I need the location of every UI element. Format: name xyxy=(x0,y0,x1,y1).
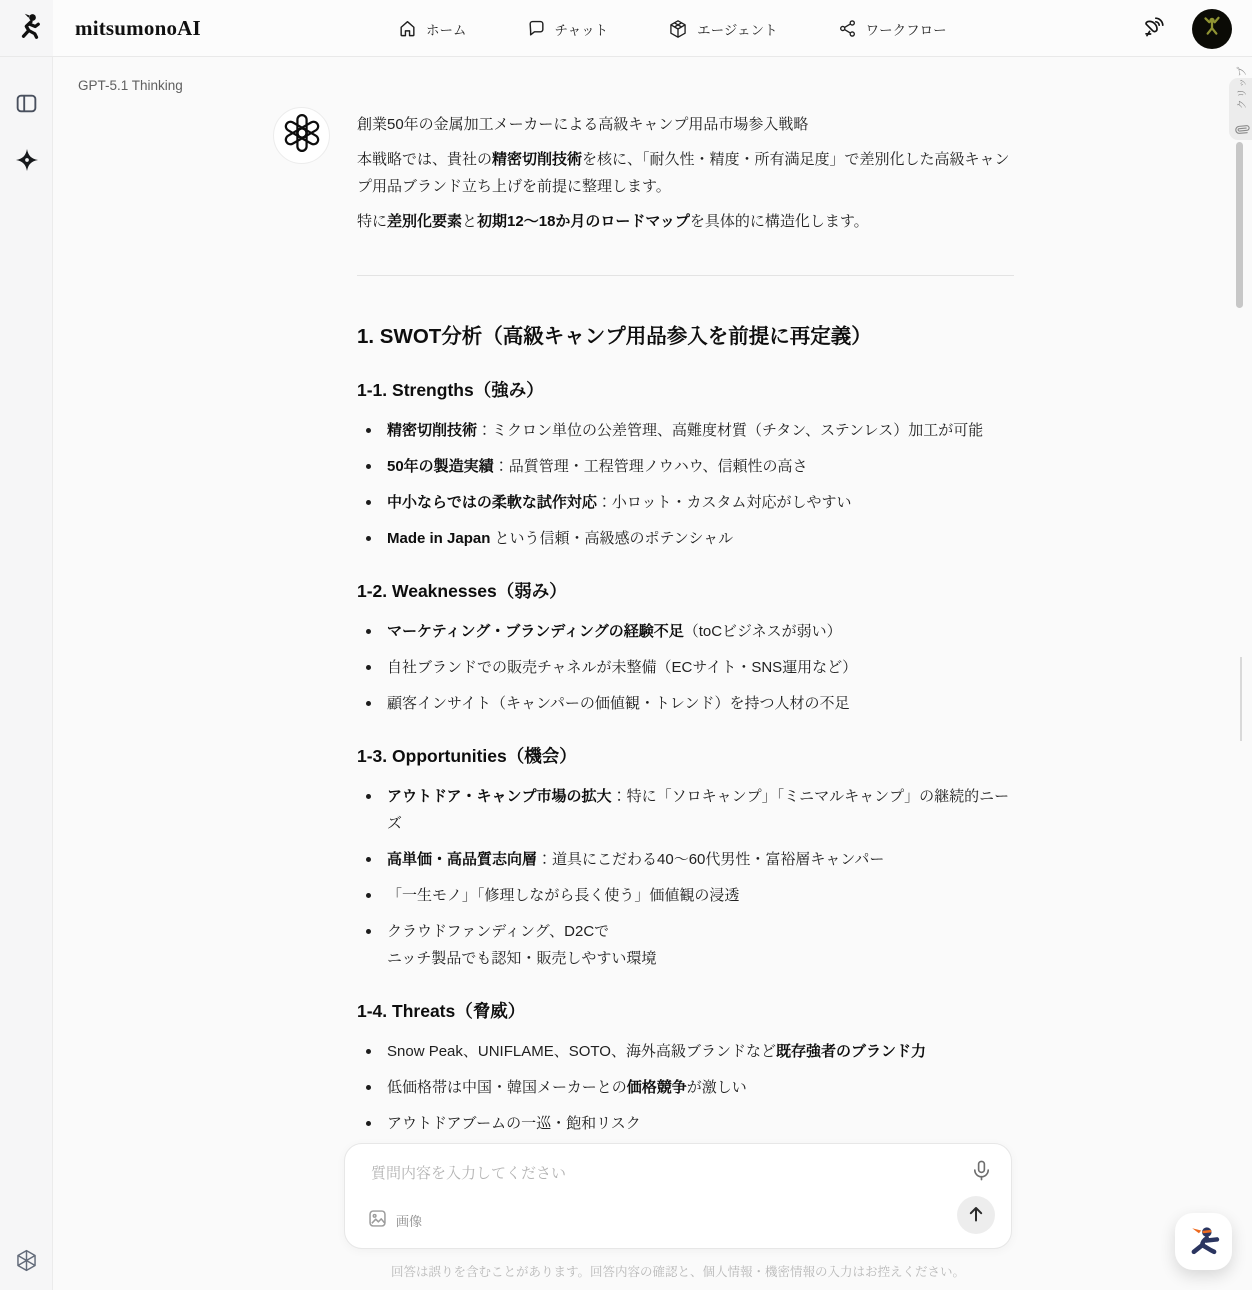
message-paragraph: 本戦略では、貴社の精密切削技術を核に、「耐久性・精度・所有満足度」で差別化した高… xyxy=(357,146,1014,200)
mascot-assistant-button[interactable] xyxy=(1175,1213,1232,1270)
app-root: mitsumonoAI ホーム チャット xyxy=(0,0,1252,1290)
top-nav: ホーム チャット エージェント xyxy=(398,0,947,57)
satellite-icon xyxy=(1142,15,1166,42)
disclaimer-text: 回答は誤りを含むことがあります。回答内容の確認と、個人情報・機密情報の入力はお控… xyxy=(344,1262,1012,1280)
list-item: 中小ならではの柔軟な試作対応：小ロット・カスタム対応がしやすい xyxy=(357,489,1014,516)
list-item: アウトドア・キャンプ市場の拡大：特に「ソロキャンプ」「ミニマルキャンプ」の継続的… xyxy=(357,783,1014,837)
image-upload-button[interactable]: 画像 xyxy=(367,1208,422,1232)
send-button[interactable] xyxy=(957,1196,995,1234)
left-rail xyxy=(0,57,53,1290)
subheading-threats: 1-4. Threats（脅威） xyxy=(357,999,1014,1024)
panel-toggle-icon xyxy=(14,91,39,119)
list-item: Snow Peak、UNIFLAME、SOTO、海外高級ブランドなど既存強者のブ… xyxy=(357,1038,1014,1065)
assistant-message: 創業50年の金属加工メーカーによる高級キャンプ用品市場参入戦略 本戦略では、貴社… xyxy=(357,103,1014,1146)
list-item: マーケティング・ブランディングの経験不足（toCビジネスが弱い） xyxy=(357,618,1014,645)
top-bar: mitsumonoAI ホーム チャット xyxy=(0,0,1252,57)
cube-wireframe-button[interactable] xyxy=(0,1248,53,1276)
topbar-right xyxy=(1142,0,1232,57)
model-label: GPT-5.1 Thinking xyxy=(78,78,183,93)
user-avatar[interactable] xyxy=(1192,9,1232,49)
nav-item-agent[interactable]: エージェント xyxy=(668,19,777,39)
assistant-avatar xyxy=(273,107,330,164)
divider xyxy=(357,275,1014,276)
list-item: Made in Japan という信頼・高級感のポテンシャル xyxy=(357,525,1014,552)
list-item: 50年の製造実績：品質管理・工程管理ノウハウ、信頼性の高さ xyxy=(357,453,1014,480)
nav-item-workflow[interactable]: ワークフロー xyxy=(838,19,947,39)
mic-button[interactable] xyxy=(970,1159,993,1185)
list-item: 顧客インサイト（キャンパーの価値観・トレンド）を持つ人材の不足 xyxy=(357,690,1014,717)
opportunities-list: アウトドア・キャンプ市場の拡大：特に「ソロキャンプ」「ミニマルキャンプ」の継続的… xyxy=(357,783,1014,972)
sparkle-button[interactable] xyxy=(0,147,53,176)
threats-list: Snow Peak、UNIFLAME、SOTO、海外高級ブランドなど既存強者のブ… xyxy=(357,1038,1014,1137)
list-item: 自社ブランドでの販売チャネルが未整備（ECサイト・SNS運用など） xyxy=(357,654,1014,681)
brand-logo-button[interactable] xyxy=(0,0,53,56)
arrow-up-send-icon xyxy=(966,1204,986,1227)
question-input[interactable] xyxy=(371,1162,931,1196)
message-paragraph: 特に差別化要素と初期12〜18か月のロードマップを具体的に構造化します。 xyxy=(357,208,1014,235)
nav-label: エージェント xyxy=(697,19,777,39)
paperclip-icon xyxy=(1229,119,1252,143)
message-title: 創業50年の金属加工メーカーによる高級キャンプ用品市場参入戦略 xyxy=(357,111,1014,138)
chat-bubble-icon xyxy=(527,19,546,38)
list-item: 低価格帯は中国・韓国メーカーとの価格競争が激しい xyxy=(357,1074,1014,1101)
list-item: 「一生モノ」「修理しながら長く使う」価値観の浸透 xyxy=(357,882,1014,909)
sparkle-icon xyxy=(14,147,40,176)
list-item: 高単価・高品質志向層：道具にこだわる40〜60代男性・富裕層キャンパー xyxy=(357,846,1014,873)
ninja-mascot-icon xyxy=(1186,1222,1222,1261)
satellite-button[interactable] xyxy=(1142,15,1166,42)
list-item: クラウドファンディング、D2Cでニッチ製品でも認知・販売しやすい環境 xyxy=(357,918,1014,972)
clip-tab-label: クリップ xyxy=(1233,65,1248,109)
nav-item-chat[interactable]: チャット xyxy=(527,19,609,39)
section-heading-swot: 1. SWOT分析（高級キャンプ用品参入を前提に再定義） xyxy=(357,322,1014,351)
subheading-weaknesses: 1-2. Weaknesses（弱み） xyxy=(357,579,1014,604)
subheading-opportunities: 1-3. Opportunities（機会） xyxy=(357,744,1014,769)
scrollbar-thumb[interactable] xyxy=(1236,142,1243,308)
weaknesses-list: マーケティング・ブランディングの経験不足（toCビジネスが弱い） 自社ブランドで… xyxy=(357,618,1014,717)
nav-label: チャット xyxy=(555,19,609,39)
inner-scrollbar[interactable] xyxy=(1240,657,1242,741)
nav-label: ワークフロー xyxy=(866,19,947,39)
nav-item-home[interactable]: ホーム xyxy=(398,19,467,39)
list-item: 精密切削技術：ミクロン単位の公差管理、高難度材質（チタン、ステンレス）加工が可能 xyxy=(357,417,1014,444)
strengths-list: 精密切削技術：ミクロン単位の公差管理、高難度材質（チタン、ステンレス）加工が可能… xyxy=(357,417,1014,552)
panel-toggle-button[interactable] xyxy=(0,91,53,119)
subheading-strengths: 1-1. Strengths（強み） xyxy=(357,378,1014,403)
list-item: アウトドアブームの一巡・飽和リスク xyxy=(357,1110,1014,1137)
mic-icon xyxy=(970,1170,993,1185)
workflow-share-icon xyxy=(838,19,857,38)
cube-wireframe-icon xyxy=(14,1248,39,1276)
home-icon xyxy=(398,19,417,38)
image-icon xyxy=(367,1208,388,1232)
ninja-run-icon xyxy=(12,11,42,46)
user-avatar-ninja-icon xyxy=(1199,13,1225,44)
composer: 画像 xyxy=(344,1143,1012,1249)
agent-cube-icon xyxy=(668,19,688,39)
clip-panel-tab[interactable]: クリップ xyxy=(1229,78,1252,140)
openai-logo-icon xyxy=(282,113,322,158)
brand-title: mitsumonoAI xyxy=(75,16,201,41)
nav-label: ホーム xyxy=(426,19,467,39)
image-button-label: 画像 xyxy=(396,1211,422,1230)
